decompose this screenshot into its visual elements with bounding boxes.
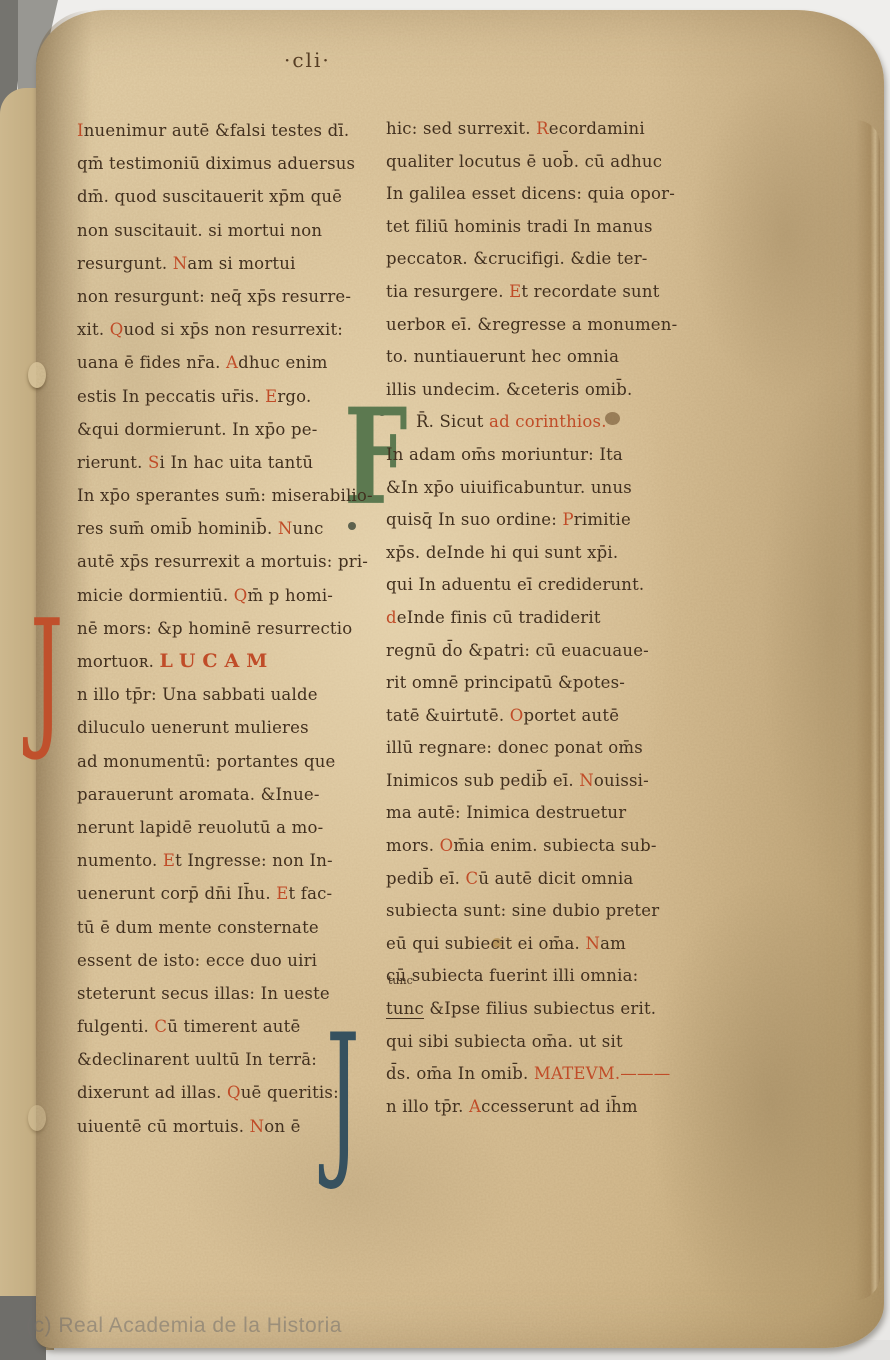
- body-text: R̄. Sicut: [416, 412, 489, 431]
- body-text: unc: [293, 519, 324, 538]
- body-text: d̄s. om̄a In omib̄.: [386, 1064, 534, 1083]
- body-text: ccesserunt ad ih̄m: [481, 1097, 638, 1116]
- manuscript-text-line: n illo tp̄r. Accesserunt ad ih̄m: [386, 1091, 722, 1124]
- manuscript-text-line: illis undecim. &ceteris omib̄.: [386, 374, 722, 407]
- manuscript-text-line: tia resurgere. Et recordate sunt: [386, 276, 722, 309]
- body-text: cū subiecta fuerint illi omnia:: [386, 966, 638, 985]
- manuscript-text-line: uiuentē cū mortuis. Non ē: [77, 1110, 389, 1143]
- body-text: tet filiū hominis tradi In manus: [386, 217, 653, 236]
- body-text: resurgunt.: [77, 254, 173, 273]
- manuscript-text-line: fulgenti. Cū timerent autē: [77, 1010, 389, 1043]
- body-text: autē xp̄s resurrexit a mortuis: pri-: [77, 552, 368, 571]
- manuscript-text-line: resurgunt. Nam si mortui: [77, 247, 389, 280]
- body-text: dixerunt ad illas.: [77, 1083, 227, 1102]
- manuscript-text-line: res sum̄ omib̄ hominib̄. Nunc: [77, 512, 389, 545]
- body-text: nerunt lapidē reuolutū a mo-: [77, 818, 323, 837]
- body-text: t recordate sunt: [521, 282, 659, 301]
- manuscript-text-line: Inimicos sub pedib̄ eī. Nouissi-: [386, 765, 722, 798]
- body-text: mortuoʀ.: [77, 652, 160, 671]
- manuscript-text-line: R̄. Sicut ad corinthios.: [386, 406, 722, 439]
- body-text: tū ē dum mente consternate: [77, 918, 319, 937]
- rubric-text: N: [278, 519, 293, 538]
- body-text: am: [600, 934, 626, 953]
- body-text: n illo tp̄r.: [386, 1097, 469, 1116]
- manuscript-text-line: tet filiū hominis tradi In manus: [386, 211, 722, 244]
- manuscript-text-line: uerboʀ eī. &regresse a monumen-: [386, 309, 722, 342]
- body-text: In adam om̄s moriuntur: Ita: [386, 445, 623, 464]
- body-text: tia resurgere.: [386, 282, 509, 301]
- manuscript-text-line: In galilea esset dicens: quia opor-: [386, 178, 722, 211]
- manuscript-text-line: mortuoʀ. LUCAM: [77, 645, 389, 678]
- manuscript-text-line: n illo tp̄r: Una sabbati ualde: [77, 678, 389, 711]
- body-text: mors.: [386, 836, 440, 855]
- rubric-text: ad corinthios.: [489, 412, 607, 431]
- body-text: ouissi-: [594, 771, 649, 790]
- rubric-text: C: [154, 1017, 167, 1036]
- body-text: nē mors: &p hominē resurrectio: [77, 619, 352, 638]
- body-text: rgo.: [277, 387, 311, 406]
- body-text: &qui dormierunt. In xp̄o pe-: [77, 420, 317, 439]
- rubric-text: E: [265, 387, 277, 406]
- body-text: qm̄ testimoniū diximus aduersus: [77, 154, 355, 173]
- rubric-text: E: [163, 851, 175, 870]
- body-text: qualiter locutus ē uob̄. cū adhuc: [386, 152, 662, 171]
- body-text: ū timerent autē: [167, 1017, 300, 1036]
- body-text: rimitie: [574, 510, 631, 529]
- manuscript-text-line: d̄s. om̄a In omib̄. MATEVM.———: [386, 1058, 722, 1091]
- body-text: estis In peccatis ur̄is.: [77, 387, 265, 406]
- manuscript-text-line: qui In aduentu eī crediderunt.: [386, 569, 722, 602]
- manuscript-text-line: dixerunt ad illas. Quē queritis:: [77, 1076, 389, 1109]
- manuscript-text-line: cū subiecta fuerint illi omnia:: [386, 960, 722, 993]
- body-text: pedib̄ eī.: [386, 869, 466, 888]
- body-text: t fac-: [289, 884, 333, 903]
- body-text: dhuc enim: [238, 353, 327, 372]
- rubric-text: I: [77, 121, 84, 140]
- rubric-text: Q: [227, 1083, 241, 1102]
- rubric-text: C: [466, 869, 479, 888]
- manuscript-text-line: micie dormientiū. Qm̄ p homi-: [77, 579, 389, 612]
- manuscript-text-line: illū regnare: donec ponat om̄s: [386, 732, 722, 765]
- manuscript-text-line: to. nuntiauerunt hec omnia: [386, 341, 722, 374]
- body-text: uē queritis:: [241, 1083, 339, 1102]
- body-text: qui sibi subiecta om̄a. ut sit: [386, 1032, 623, 1051]
- body-text: m̄ p homi-: [248, 586, 334, 605]
- manuscript-text-line: parauerunt aromata. &Inue-: [77, 778, 389, 811]
- left-text-column: Inuenimur autē &falsi testes dī.qm̄ test…: [77, 114, 389, 1143]
- manuscript-text-line: hic: sed surrexit. Recordamini: [386, 113, 722, 146]
- right-text-column: hic: sed surrexit. Recordaminiqualiter l…: [386, 113, 722, 1123]
- page-stack-edge: [856, 120, 880, 1300]
- rubric-text: N: [173, 254, 188, 273]
- manuscript-text-line: In adam om̄s moriuntur: Ita: [386, 439, 722, 472]
- body-text: fulgenti.: [77, 1017, 154, 1036]
- body-text: n illo tp̄r: Una sabbati ualde: [77, 685, 318, 704]
- rubric-text: O: [440, 836, 454, 855]
- manuscript-text-line: diluculo uenerunt mulieres: [77, 711, 389, 744]
- body-text: qui In aduentu eī crediderunt.: [386, 575, 644, 594]
- body-text: subiecta sunt: sine dubio preter: [386, 901, 659, 920]
- manuscript-text-line: autē xp̄s resurrexit a mortuis: pri-: [77, 545, 389, 578]
- body-text: ad monumentū: portantes que: [77, 752, 336, 771]
- body-text: &In xp̄o uiuificabuntur. unus: [386, 478, 632, 497]
- rubric-text: R: [536, 119, 549, 138]
- body-text: ū autē dicit omnia: [478, 869, 633, 888]
- manuscript-text-line: non resurgunt: neq̄ xp̄s resurre-: [77, 280, 389, 313]
- manuscript-text-line: steterunt secus illas: In ueste: [77, 977, 389, 1010]
- rubric-text: E: [509, 282, 521, 301]
- body-text: &Ipse filius subiectus erit.: [424, 999, 656, 1018]
- folio-number: ·cli·: [284, 48, 331, 72]
- manuscript-photo: ·cli· J F J Inuenimur autē &falsi testes…: [0, 0, 890, 1360]
- body-text: rierunt.: [77, 453, 148, 472]
- manuscript-text-line: uenerunt corp̄ dn̄i Ih̄u. Et fac-: [77, 877, 389, 910]
- body-text: essent de isto: ecce duo uiri: [77, 951, 317, 970]
- rubric-text: A: [226, 353, 238, 372]
- body-text: uerboʀ eī. &regresse a monumen-: [386, 315, 677, 334]
- manuscript-text-line: uana ē fides nr̄a. Adhuc enim: [77, 346, 389, 379]
- manuscript-text-line: tunc &Ipse filius subiectus erit.: [386, 993, 722, 1026]
- manuscript-text-line: numento. Et Ingresse: non In-: [77, 844, 389, 877]
- interlinear-gloss: tunc: [388, 974, 413, 987]
- body-text: In xp̄o sperantes sum̄: miserabilio-: [77, 486, 373, 505]
- manuscript-text-line: peccatoʀ. &crucifigi. &die ter-: [386, 243, 722, 276]
- rubric-text: E: [276, 884, 288, 903]
- manuscript-text-line: nerunt lapidē reuolutū a mo-: [77, 811, 389, 844]
- manuscript-text-line: xit. Quod si xp̄s non resurrexit:: [77, 313, 389, 346]
- body-text: In galilea esset dicens: quia opor-: [386, 184, 675, 203]
- body-text: hic: sed surrexit.: [386, 119, 536, 138]
- body-text: tunc: [386, 999, 424, 1019]
- body-text: res sum̄ omib̄ hominib̄.: [77, 519, 278, 538]
- manuscript-text-line: tū ē dum mente consternate: [77, 911, 389, 944]
- body-text: nuenimur autē &falsi testes dī.: [84, 121, 350, 140]
- manuscript-text-line: regnū d̄o &patri: cū euacuaue-: [386, 635, 722, 668]
- rubric-text: N: [585, 934, 600, 953]
- body-text: m̄ia enim. subiecta sub-: [453, 836, 656, 855]
- body-text: i In hac uita tantū: [160, 453, 314, 472]
- manuscript-text-line: In xp̄o sperantes sum̄: miserabilio-: [77, 479, 389, 512]
- manuscript-text-line: qui sibi subiecta om̄a. ut sit: [386, 1026, 722, 1059]
- body-text: rit omnē principatū &potes-: [386, 673, 625, 692]
- manuscript-text-line: deInde finis cū tradiderit: [386, 602, 722, 635]
- rubric-text: S: [148, 453, 160, 472]
- manuscript-text-line: estis In peccatis ur̄is. Ergo.: [77, 380, 389, 413]
- body-text: tatē &uirtutē.: [386, 706, 510, 725]
- body-text: non resurgunt: neq̄ xp̄s resurre-: [77, 287, 351, 306]
- rubric-text: A: [469, 1097, 481, 1116]
- sewing-station: [28, 362, 46, 388]
- body-text: peccatoʀ. &crucifigi. &die ter-: [386, 249, 648, 268]
- body-text: to. nuntiauerunt hec omnia: [386, 347, 619, 366]
- rubric-text: N: [250, 1117, 265, 1136]
- manuscript-text-line: nē mors: &p hominē resurrectio: [77, 612, 389, 645]
- rubric-text: LUCAM: [160, 650, 275, 672]
- rubric-text: Q: [110, 320, 124, 339]
- manuscript-text-line: tatē &uirtutē. Oportet autē: [386, 700, 722, 733]
- body-text: ma autē: Inimica destruetur: [386, 803, 626, 822]
- body-text: non suscitauit. si mortui non: [77, 221, 322, 240]
- body-text: numento.: [77, 851, 163, 870]
- manuscript-text-line: eū qui subiecit ei om̄a. Nam: [386, 928, 722, 961]
- body-text: dm̄. quod suscitauerit xp̄m quē: [77, 187, 342, 206]
- body-text: eInde finis cū tradiderit: [397, 608, 601, 627]
- rubric-text: P: [562, 510, 573, 529]
- manuscript-text-line: quisq̄ In suo ordine: Primitie: [386, 504, 722, 537]
- body-text: parauerunt aromata. &Inue-: [77, 785, 320, 804]
- body-text: on ē: [264, 1117, 300, 1136]
- body-text: micie dormientiū.: [77, 586, 234, 605]
- rubric-text: d: [386, 608, 397, 627]
- body-text: ecordamini: [549, 119, 645, 138]
- rubric-text: O: [510, 706, 524, 725]
- manuscript-text-line: dm̄. quod suscitauerit xp̄m quē: [77, 180, 389, 213]
- manuscript-text-line: mors. Om̄ia enim. subiecta sub-: [386, 830, 722, 863]
- manuscript-text-line: non suscitauit. si mortui non: [77, 214, 389, 247]
- body-text: uod si xp̄s non resurrexit:: [123, 320, 343, 339]
- manuscript-text-line: ma autē: Inimica destruetur: [386, 797, 722, 830]
- body-text: portet autē: [523, 706, 619, 725]
- body-text: xp̄s. deInde hi qui sunt xp̄i.: [386, 543, 618, 562]
- body-text: xit.: [77, 320, 110, 339]
- manuscript-text-line: subiecta sunt: sine dubio preter: [386, 895, 722, 928]
- body-text: t Ingresse: non In-: [175, 851, 333, 870]
- copyright-watermark: (c) Real Academia de la Historia: [26, 1314, 446, 1338]
- manuscript-text-line: &qui dormierunt. In xp̄o pe-: [77, 413, 389, 446]
- manuscript-text-line: ad monumentū: portantes que: [77, 745, 389, 778]
- manuscript-text-line: essent de isto: ecce duo uiri: [77, 944, 389, 977]
- body-text: steterunt secus illas: In ueste: [77, 984, 330, 1003]
- manuscript-text-line: pedib̄ eī. Cū autē dicit omnia: [386, 863, 722, 896]
- body-text: uenerunt corp̄ dn̄i Ih̄u.: [77, 884, 276, 903]
- manuscript-text-line: qualiter locutus ē uob̄. cū adhuc: [386, 146, 722, 179]
- rubric-text: MATEVM.———: [534, 1064, 671, 1083]
- manuscript-text-line: rit omnē principatū &potes-: [386, 667, 722, 700]
- body-text: quisq̄ In suo ordine:: [386, 510, 562, 529]
- manuscript-text-line: &In xp̄o uiuificabuntur. unus: [386, 472, 722, 505]
- body-text: uana ē fides nr̄a.: [77, 353, 226, 372]
- body-text: Inimicos sub pedib̄ eī.: [386, 771, 579, 790]
- manuscript-text-line: &declinarent uultū In terrā:: [77, 1043, 389, 1076]
- manuscript-text-line: xp̄s. deInde hi qui sunt xp̄i.: [386, 537, 722, 570]
- body-text: &declinarent uultū In terrā:: [77, 1050, 317, 1069]
- body-text: illū regnare: donec ponat om̄s: [386, 738, 643, 757]
- body-text: diluculo uenerunt mulieres: [77, 718, 309, 737]
- manuscript-text-line: rierunt. Si In hac uita tantū: [77, 446, 389, 479]
- manuscript-text-line: Inuenimur autē &falsi testes dī.: [77, 114, 389, 147]
- body-text: am si mortui: [187, 254, 295, 273]
- rubric-text: N: [579, 771, 594, 790]
- body-text: regnū d̄o &patri: cū euacuaue-: [386, 641, 649, 660]
- body-text: illis undecim. &ceteris omib̄.: [386, 380, 632, 399]
- body-text: uiuentē cū mortuis.: [77, 1117, 250, 1136]
- body-text: eū qui subiecit ei om̄a.: [386, 934, 585, 953]
- sewing-station: [28, 1105, 46, 1131]
- rubric-text: Q: [234, 586, 248, 605]
- manuscript-text-line: qm̄ testimoniū diximus aduersus: [77, 147, 389, 180]
